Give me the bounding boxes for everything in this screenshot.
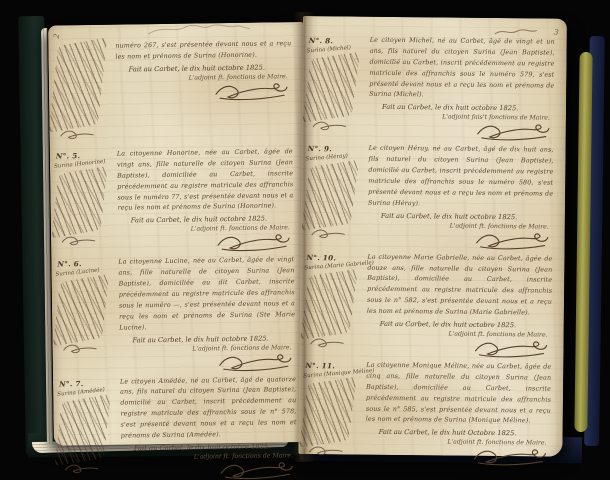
cancellation-hatching [55,393,111,466]
entry-text: La citoyenne Lucine, née au Carbet, âgée… [118,254,295,333]
entry-margin: N°. 11. Surina (Monique Méline) [304,359,359,465]
entry-text: La citoyenne Monique Méline, née au Carb… [366,360,552,427]
cancellation-hatching [301,160,359,231]
register-entry: N°. 7. Surina (Amédée) Le citoyen Amédée… [59,374,301,480]
margin-paraphe-icon [309,225,349,241]
entry-margin: N°. 7. Surina (Amédée) [59,376,114,480]
fait-line: Fait au Carbet, le dix huit octobre 1825… [380,320,552,330]
right-page-content: N°. 8. Surina (Michel) Le citoyen Michel… [298,16,567,457]
signature-area [116,80,290,102]
register-entry: N°. 8. Surina (Michel) Le citoyen Michel… [308,34,559,142]
fait-line: Fait au Carbet, le dix huit octobre 1825… [382,103,554,113]
entry-body: numéro 267, s'est présentée devant nous … [115,38,296,146]
signature-paraphe-icon [470,446,548,467]
signature-paraphe-icon [471,338,549,359]
fait-line: Fait au Carbet, le dix huit Octobre 1825… [379,428,551,438]
entry-margin: N°. 8. Surina (Michel) [308,34,363,140]
entry-margin: N°. 10. Surina (Marie Gabrielle) [305,251,360,357]
signature-paraphe-icon [214,232,292,253]
entry-text: La citoyenne Honorine, née au Carbet, âg… [117,146,294,214]
signature-paraphe-icon [473,229,551,250]
entry-body: Le citoyen Amédée, né au Carbet, âgé de … [120,374,301,480]
entry-margin: N°. 5. Surina (Honorine) [56,149,111,255]
cancellation-hatching [300,268,358,339]
book-scan: 2 numéro 267, s'est présentée devant nou… [0,0,610,480]
register-entry: N°. 9. Surina (Héray) Le citoyen Héray, … [307,142,558,250]
signature-paraphe-icon [217,459,295,480]
signature-area [365,445,548,467]
entry-body: La citoyenne Marie Gabrielle, née au Car… [366,251,556,358]
entry-text: Le citoyen Héray, né au Carbet, âgé de d… [368,143,554,210]
margin-paraphe-icon [310,117,350,133]
margin-paraphe-icon [62,459,102,476]
entry-margin [54,41,109,147]
margin-paraphe-icon [308,334,348,350]
register-entry: N°. 6. Surina (Lucine) La citoyenne Luci… [57,254,300,374]
entry-body: La citoyenne Honorine, née au Carbet, âg… [117,146,298,254]
register-entry-continuation: numéro 267, s'est présentée devant nous … [54,38,296,146]
register-entry: N°. 11. Surina (Monique Méline) La citoy… [304,359,555,467]
entry-body: Le citoyen Michel, né au Carbet, âgé de … [369,35,559,142]
entry-text: Le citoyen Amédée, né au Carbet, âgé de … [120,374,297,442]
cancellation-hatching [299,377,357,448]
entry-body: Le citoyen Héray, né au Carbet, âgé de d… [368,143,558,250]
entry-text: Le citoyen Michel, né au Carbet, âgé de … [369,35,555,102]
signature-area [366,337,549,359]
fait-line: Fait au Carbet, le dix huit octobre 1825… [132,334,295,344]
cancellation-hatching [51,166,107,239]
signature-paraphe-icon [474,121,552,142]
signature-paraphe-icon [216,351,294,372]
register-entry: N°. 10. Surina (Marie Gabrielle) La cito… [305,251,556,359]
signature-area [368,228,551,250]
left-page-content: numéro 267, s'est présentée devant nous … [48,22,309,446]
margin-paraphe-icon [306,442,346,458]
entry-text: numéro 267, s'est présentée devant nous … [115,38,291,62]
signature-area [120,351,294,373]
register-entry: N°. 5. Surina (Honorine) La citoyenne Ho… [56,146,298,255]
margin-paraphe-icon [59,232,99,249]
entry-text: La citoyenne Marie Gabrielle, née au Car… [367,251,553,318]
margin-paraphe-icon [57,126,97,143]
cancellation-hatching [53,274,109,347]
left-page: 2 numéro 267, s'est présentée devant nou… [48,22,309,446]
right-page: 3 N°. 8. Surina (Michel) Le citoyen Mich… [298,16,567,457]
signature-area [121,459,295,480]
signature-area [118,232,292,254]
signature-paraphe-icon [212,80,290,101]
fait-line: Fait au Carbet, le dix huit octobre 1825… [129,63,292,73]
cancellation-hatching [49,37,108,132]
entry-body: La citoyenne Lucine, née au Carbet, âgée… [118,254,300,373]
cancellation-hatching [302,52,360,123]
margin-paraphe-icon [60,340,100,357]
fait-line: Fait au Carbet, le dix huit octobre 1825… [381,212,553,222]
signature-area [369,120,552,142]
entry-margin: N°. 6. Surina (Lucine) [57,257,113,374]
entry-margin: N°. 9. Surina (Héray) [307,142,362,248]
fait-line: Fait au Carbet, le dix huit octobre 1825… [134,442,297,452]
fait-line: Fait au Carbet, le dix huit octobre 1825… [131,214,294,224]
entry-body: La citoyenne Monique Méline, née au Carb… [365,360,555,467]
